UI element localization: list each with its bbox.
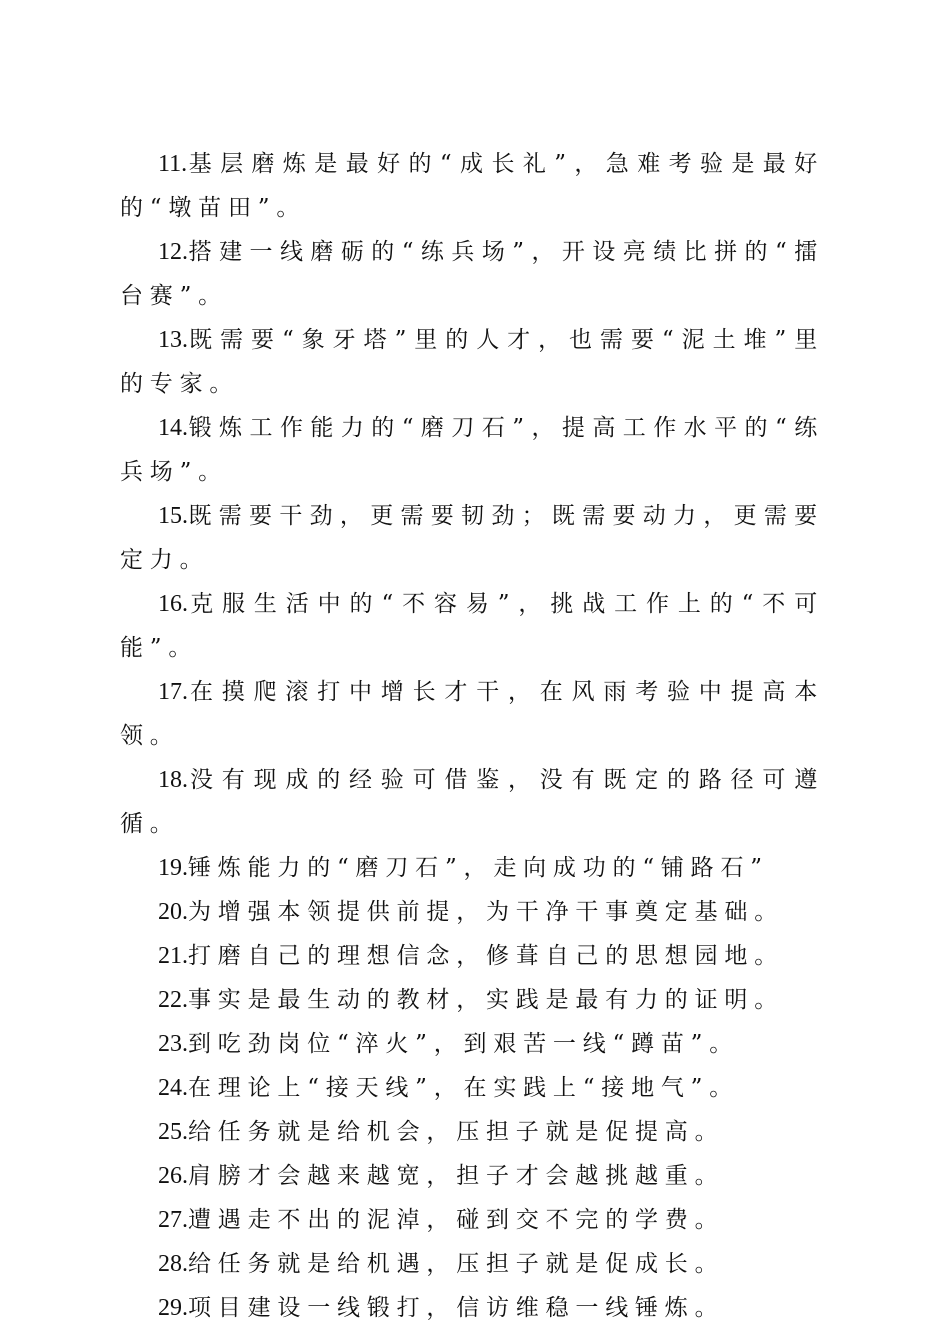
document-page: 11.基层磨炼是最好的“成长礼”，急难考验是最好的“墩苗田”。 12.搭建一线磨…: [120, 142, 824, 1330]
item-number: 25.: [158, 1119, 188, 1145]
list-item: 22.事实是最生动的教材，实践是最有力的证明。: [120, 978, 824, 1022]
item-number: 18.: [158, 767, 188, 793]
list-item: 27.遭遇走不出的泥淖，碰到交不完的学费。: [120, 1198, 824, 1242]
item-number: 15.: [158, 503, 188, 529]
item-number: 19.: [158, 855, 188, 881]
list-item: 14.锻炼工作能力的“磨刀石”，提高工作水平的“练兵场”。: [120, 406, 824, 494]
item-text: 搭建一线磨砺的“练兵场”，开设亮绩比拼的“擂台赛”。: [120, 239, 824, 309]
item-number: 14.: [158, 415, 188, 441]
item-number: 13.: [158, 327, 188, 353]
item-text: 项目建设一线锻打，信访维稳一线锤炼。: [188, 1295, 724, 1321]
item-text: 锤炼能力的“磨刀石”，走向成功的“铺路石”: [188, 855, 769, 881]
item-text: 既需要干劲，更需要韧劲；既需要动力，更需要定力。: [120, 503, 824, 573]
item-number: 21.: [158, 943, 188, 969]
list-item: 28.给任务就是给机遇，压担子就是促成长。: [120, 1242, 824, 1286]
item-text: 既需要“象牙塔”里的人才，也需要“泥土堆”里的专家。: [120, 327, 824, 397]
list-item: 13.既需要“象牙塔”里的人才，也需要“泥土堆”里的专家。: [120, 318, 824, 406]
list-item: 24.在理论上“接天线”，在实践上“接地气”。: [120, 1066, 824, 1110]
list-item: 20.为增强本领提供前提，为干净干事奠定基础。: [120, 890, 824, 934]
list-item: 18.没有现成的经验可借鉴，没有既定的路径可遵循。: [120, 758, 824, 846]
list-item: 25.给任务就是给机会，压担子就是促提高。: [120, 1110, 824, 1154]
list-item: 26.肩膀才会越来越宽，担子才会越挑越重。: [120, 1154, 824, 1198]
item-text: 在理论上“接天线”，在实践上“接地气”。: [188, 1075, 739, 1101]
list-item: 11.基层磨炼是最好的“成长礼”，急难考验是最好的“墩苗田”。: [120, 142, 824, 230]
item-number: 27.: [158, 1207, 188, 1233]
item-number: 16.: [158, 591, 188, 617]
list-item: 21.打磨自己的理想信念，修葺自己的思想园地。: [120, 934, 824, 978]
item-text: 打磨自己的理想信念，修葺自己的思想园地。: [188, 943, 784, 969]
item-number: 29.: [158, 1295, 188, 1321]
item-text: 给任务就是给机会，压担子就是促提高。: [188, 1119, 724, 1145]
item-number: 11.: [158, 151, 187, 177]
list-item: 16.克服生活中的“不容易”，挑战工作上的“不可能”。: [120, 582, 824, 670]
item-text: 肩膀才会越来越宽，担子才会越挑越重。: [188, 1163, 724, 1189]
item-text: 为增强本领提供前提，为干净干事奠定基础。: [188, 899, 784, 925]
item-number: 20.: [158, 899, 188, 925]
item-number: 23.: [158, 1031, 188, 1057]
item-number: 22.: [158, 987, 188, 1013]
list-item: 23.到吃劲岗位“淬火”，到艰苦一线“蹲苗”。: [120, 1022, 824, 1066]
item-text: 没有现成的经验可借鉴，没有既定的路径可遵循。: [120, 767, 824, 837]
item-number: 12.: [158, 239, 188, 265]
item-number: 28.: [158, 1251, 188, 1277]
item-text: 事实是最生动的教材，实践是最有力的证明。: [188, 987, 784, 1013]
item-text: 给任务就是给机遇，压担子就是促成长。: [188, 1251, 724, 1277]
item-text: 锻炼工作能力的“磨刀石”，提高工作水平的“练兵场”。: [120, 415, 824, 485]
item-text: 基层磨炼是最好的“成长礼”，急难考验是最好的“墩苗田”。: [120, 151, 824, 221]
item-text: 遭遇走不出的泥淖，碰到交不完的学费。: [188, 1207, 724, 1233]
list-item: 17.在摸爬滚打中增长才干，在风雨考验中提高本领。: [120, 670, 824, 758]
item-text: 克服生活中的“不容易”，挑战工作上的“不可能”。: [120, 591, 824, 661]
item-text: 在摸爬滚打中增长才干，在风雨考验中提高本领。: [120, 679, 824, 749]
list-item: 12.搭建一线磨砺的“练兵场”，开设亮绩比拼的“擂台赛”。: [120, 230, 824, 318]
item-number: 24.: [158, 1075, 188, 1101]
item-number: 26.: [158, 1163, 188, 1189]
item-text: 到吃劲岗位“淬火”，到艰苦一线“蹲苗”。: [188, 1031, 739, 1057]
list-item: 29.项目建设一线锻打，信访维稳一线锤炼。: [120, 1286, 824, 1330]
item-number: 17.: [158, 679, 188, 705]
list-item: 19.锤炼能力的“磨刀石”，走向成功的“铺路石”: [120, 846, 824, 890]
list-item: 15.既需要干劲，更需要韧劲；既需要动力，更需要定力。: [120, 494, 824, 582]
